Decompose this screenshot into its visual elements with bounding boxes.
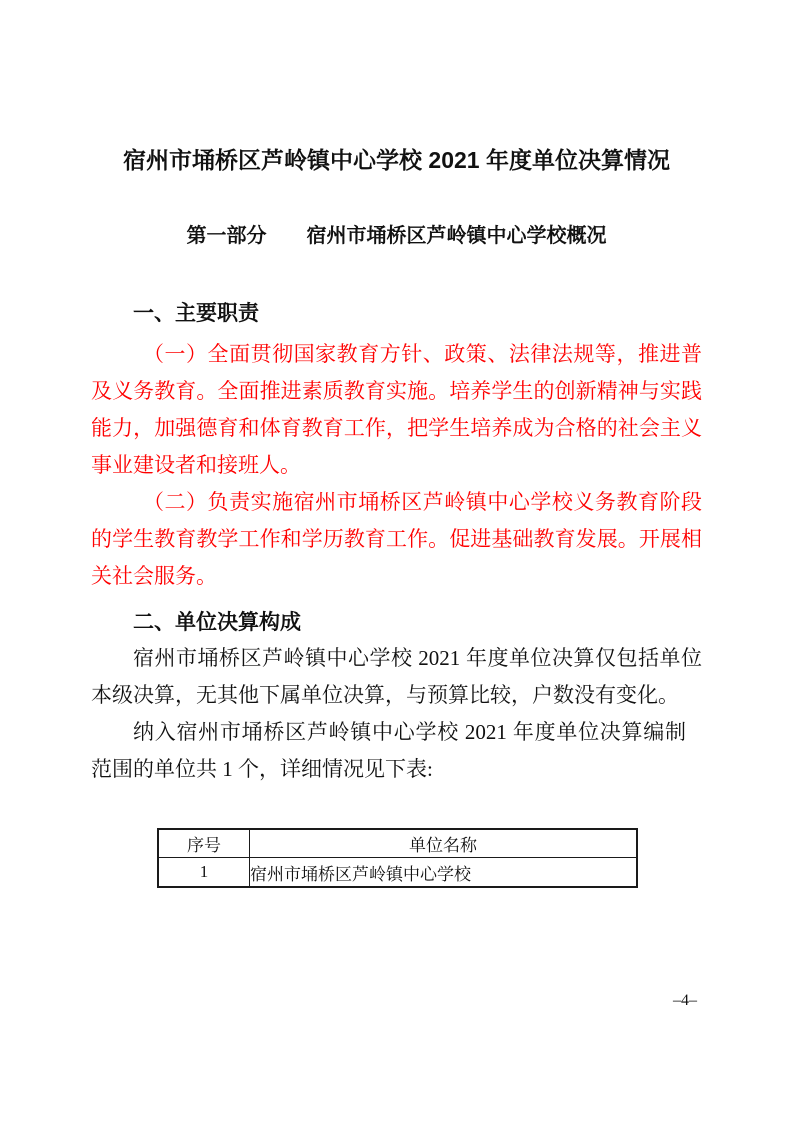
document-page: 宿州市埇桥区芦岭镇中心学校 2021 年度单位决算情况 第一部分 宿州市埇桥区芦… (0, 0, 793, 1122)
section-1-paragraph-2: （二）负责实施宿州市埇桥区芦岭镇中心学校义务教育阶段的学生教育教学工作和学历教育… (91, 484, 702, 595)
table-header-seq: 序号 (158, 829, 250, 858)
table-header-unit-name: 单位名称 (250, 829, 638, 858)
page-number: –4– (0, 992, 697, 1010)
section-1-paragraph-1: （一）全面贯彻国家教育方针、政策、法律法规等，推进普及义务教育。全面推进素质教育… (91, 336, 702, 484)
section-1-heading: 一、主要职责 (91, 295, 702, 332)
table-cell-unit-name: 宿州市埇桥区芦岭镇中心学校 (250, 858, 638, 888)
table-cell-seq: 1 (158, 858, 250, 888)
table-row: 1 宿州市埇桥区芦岭镇中心学校 (158, 858, 637, 888)
section-2-paragraph-1: 宿州市埇桥区芦岭镇中心学校 2021 年度单位决算仅包括单位本级决算，无其他下属… (91, 640, 702, 714)
section-2-heading: 二、单位决算构成 (91, 604, 702, 641)
unit-list-table: 序号 单位名称 1 宿州市埇桥区芦岭镇中心学校 (157, 828, 638, 888)
table-header-row: 序号 单位名称 (158, 829, 637, 858)
document-title: 宿州市埇桥区芦岭镇中心学校 2021 年度单位决算情况 (0, 144, 793, 176)
part-one-heading: 第一部分 宿州市埇桥区芦岭镇中心学校概况 (0, 221, 793, 251)
section-2-paragraph-2: 纳入宿州市埇桥区芦岭镇中心学校 2021 年度单位决算编制范围的单位共 1 个，… (91, 714, 686, 788)
